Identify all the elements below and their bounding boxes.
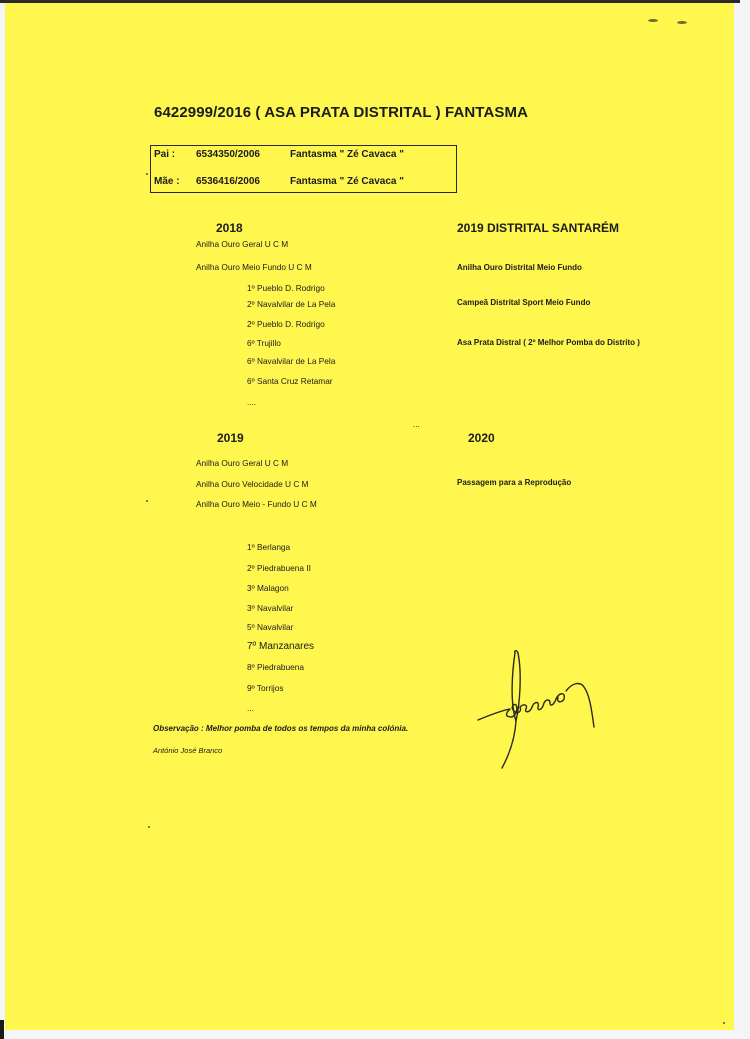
result-2018: 6º Navalvilar de La Pela (247, 356, 335, 366)
result-2019: 9º Torrijos (247, 683, 284, 693)
award-2019: Anilha Ouro Geral U C M (196, 458, 288, 468)
scan-mark (648, 19, 658, 22)
result-2018: 6º Santa Cruz Retamar (247, 376, 333, 386)
father-ring: 6534350/2006 (196, 149, 260, 160)
result-2018-more: .... (247, 397, 256, 407)
father-name: Fantasma " Zé Cavaca " (290, 149, 404, 160)
observation-note: Observação : Melhor pomba de todos os te… (153, 724, 408, 733)
award-2019-distrital: Campeã Distrital Sport Meio Fundo (457, 298, 590, 307)
result-2019: 3º Malagon (247, 583, 289, 593)
award-2019-distrital: Anilha Ouro Distrital Meio Fundo (457, 263, 582, 272)
award-2018: Anilha Ouro Geral U C M (196, 239, 288, 249)
result-2019-more: ... (247, 703, 254, 713)
result-2018: 2º Pueblo D. Rodrigo (247, 319, 325, 329)
scan-dot (146, 173, 148, 175)
middle-ellipsis: ... (413, 419, 420, 429)
father-label: Pai : (154, 149, 175, 160)
award-2019-distrital: Asa Prata Distral ( 2º Melhor Pomba do D… (457, 338, 640, 347)
year-2019-distrital-heading: 2019 DISTRITAL SANTARÉM (457, 221, 619, 235)
mother-name: Fantasma " Zé Cavaca " (290, 176, 404, 187)
scan-dot (148, 826, 150, 828)
page-title: 6422999/2016 ( ASA PRATA DISTRITAL ) FAN… (154, 104, 528, 121)
award-2020: Passagem para a Reprodução (457, 478, 571, 487)
year-2018-heading: 2018 (216, 221, 243, 235)
award-2019: Anilha Ouro Meio - Fundo U C M (196, 499, 317, 509)
year-2019-heading: 2019 (217, 431, 244, 445)
scan-dot (146, 500, 148, 502)
result-2019: 3º Navalvilar (247, 603, 293, 613)
signature-icon (460, 643, 640, 783)
result-2018: 1º Pueblo D. Rodrigo (247, 283, 325, 293)
result-2018: 6º Trujillo (247, 338, 281, 348)
result-2019: 2º Piedrabuena II (247, 563, 311, 573)
award-2018: Anilha Ouro Meio Fundo U C M (196, 262, 312, 272)
result-2018: 2º Navalvilar de La Pela (247, 299, 335, 309)
scan-mark (677, 21, 687, 24)
result-2019: 7º Manzanares (247, 641, 314, 652)
scan-dot (723, 1022, 725, 1024)
parents-box: Pai : 6534350/2006 Fantasma " Zé Cavaca … (150, 145, 457, 193)
award-2019: Anilha Ouro Velocidade U C M (196, 479, 309, 489)
mother-ring: 6536416/2006 (196, 176, 260, 187)
mother-label: Mãe : (154, 176, 180, 187)
document-page: 6422999/2016 ( ASA PRATA DISTRITAL ) FAN… (5, 3, 734, 1030)
year-2020-heading: 2020 (468, 431, 495, 445)
result-2019: 5º Navalvilar (247, 622, 293, 632)
scan-bottom-edge (0, 1020, 4, 1039)
author-name: António José Branco (153, 746, 222, 755)
result-2019: 8º Piedrabuena (247, 662, 304, 672)
result-2019: 1º Berlanga (247, 542, 290, 552)
